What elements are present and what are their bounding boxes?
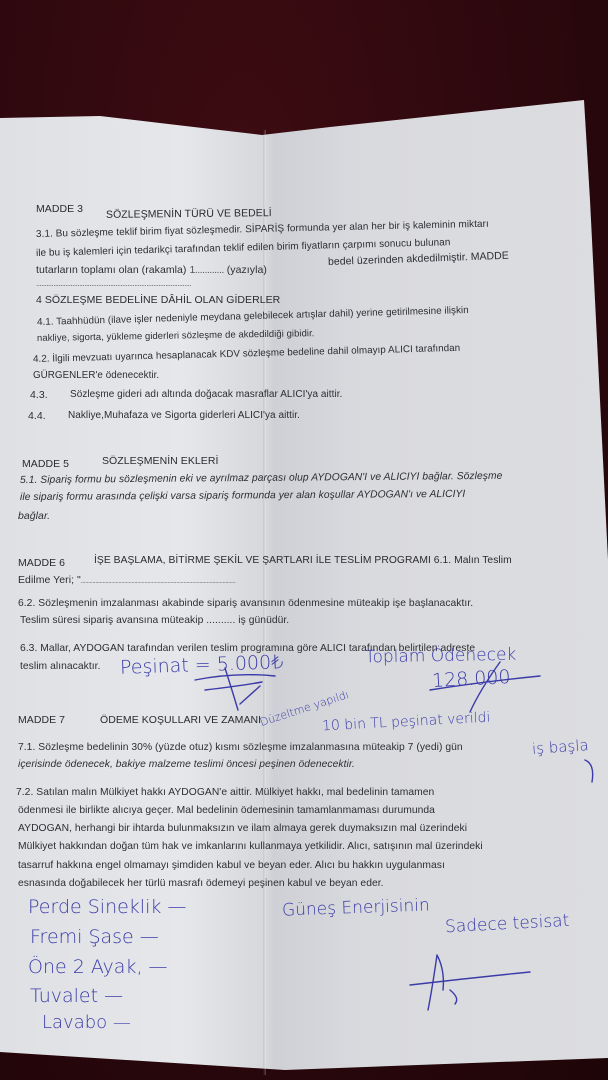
signature-marks: [0, 0, 608, 1080]
